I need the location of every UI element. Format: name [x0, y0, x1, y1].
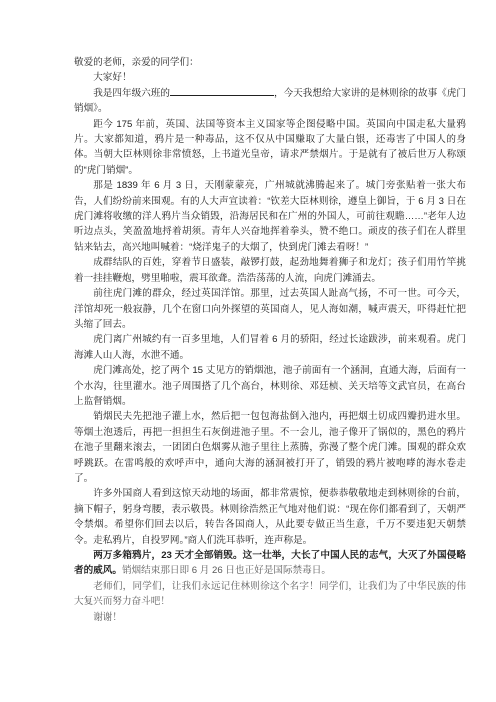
text-run-body: 虎门离广州城约有一百多里地，人们冒着 6 月的骄阳，经过长途跋涉，前来观看。虎门…	[74, 334, 466, 360]
paragraph-announcement: 那是 1839 年 6 月 3 日，天刚蒙蒙亮，广州城就沸腾起来了。城门旁张贴着…	[74, 178, 466, 255]
paragraph-pools: 虎门滩高处，挖了两个 15 丈见方的销烟池，池子前面有一个涵洞，直通大海，后面有…	[74, 363, 466, 409]
text-run-body: 敬爱的老师，亲爱的同学们：	[74, 57, 199, 68]
paragraph-hello: 大家好！	[74, 70, 466, 85]
paragraph-background: 距今 175 年前，英国、法国等资本主义国家等企图侵略中国。英国向中国走私大量鸦…	[74, 117, 466, 179]
text-run-body: 大家好！	[93, 72, 131, 83]
text-run-body: 我是四年级六班的	[93, 88, 170, 99]
paragraph-conclusion: 两万多箱鸦片，23 天才全部销毁。这一壮举，大长了中国人民的志气，大灭了外国侵略…	[74, 548, 466, 579]
text-run-body: 许多外国商人看到这惊天动地的场面，都非常震惊，便恭恭敬敬地走到林则徐的台前，摘下…	[74, 488, 466, 545]
paragraph-thanks: 谢谢！	[74, 610, 466, 625]
text-run-body: 距今 175 年前，英国、法国等资本主义国家等企图侵略中国。英国向中国走私大量鸦…	[74, 119, 466, 176]
text-run-muted: 老师们，同学们，让我们永远记住林则徐这个名字！同学们，让我们为了中华民族的伟大复…	[74, 581, 466, 607]
paragraph-journey: 虎门离广州城约有一百多里地，人们冒着 6 月的骄阳，经过长途跋涉，前来观看。虎门…	[74, 332, 466, 363]
fill-in-blank-line	[170, 86, 274, 96]
paragraph-appeal: 老师们，同学们，让我们永远记住林则徐这个名字！同学们，让我们为了中华民族的伟大复…	[74, 579, 466, 610]
document-page: 敬爱的老师，亲爱的同学们：大家好！我是四年级六班的，今天我想给大家讲的是林则徐的…	[0, 0, 496, 702]
paragraph-merchants: 许多外国商人看到这惊天动地的场面，都非常震惊，便恭恭敬敬地走到林则徐的台前，摘下…	[74, 486, 466, 548]
paragraph-crowd: 成群结队的百姓，穿着节日盛装，敲锣打鼓，起劲地舞着狮子和龙灯；孩子们用竹竿挑着一…	[74, 255, 466, 286]
text-run-muted: 谢谢！	[93, 612, 122, 623]
paragraph-self-intro: 我是四年级六班的，今天我想给大家讲的是林则徐的故事《虎门销烟》。	[74, 86, 466, 117]
text-run-muted: 销烟结束那日即 6 月 26 日也正好是国际禁毒日。	[122, 565, 331, 576]
text-run-body: 虎门滩高处，挖了两个 15 丈见方的销烟池，池子前面有一个涵洞，直通大海，后面有…	[74, 365, 466, 407]
speech-document: 敬爱的老师，亲爱的同学们：大家好！我是四年级六班的，今天我想给大家讲的是林则徐的…	[74, 55, 466, 625]
paragraph-greeting: 敬爱的老师，亲爱的同学们：	[74, 55, 466, 70]
text-run-body: 前往虎门滩的群众，经过英国洋馆。那里，过去英国人趾高气扬，不可一世。可今天，洋馆…	[74, 288, 466, 330]
text-run-body: 销烟民夫先把池子灌上水，然后把一包包海盐倒入池内，再把烟土切成四瓣扔进水里。等烟…	[74, 411, 466, 484]
text-run-body: 那是 1839 年 6 月 3 日，天刚蒙蒙亮，广州城就沸腾起来了。城门旁张贴着…	[74, 180, 466, 253]
paragraph-foreign-hall: 前往虎门滩的群众，经过英国洋馆。那里，过去英国人趾高气扬，不可一世。可今天，洋馆…	[74, 286, 466, 332]
paragraph-destruction: 销烟民夫先把池子灌上水，然后把一包包海盐倒入池内，再把烟土切成四瓣扔进水里。等烟…	[74, 409, 466, 486]
text-run-body: 成群结队的百姓，穿着节日盛装，敲锣打鼓，起劲地舞着狮子和龙灯；孩子们用竹竿挑着一…	[74, 257, 466, 283]
